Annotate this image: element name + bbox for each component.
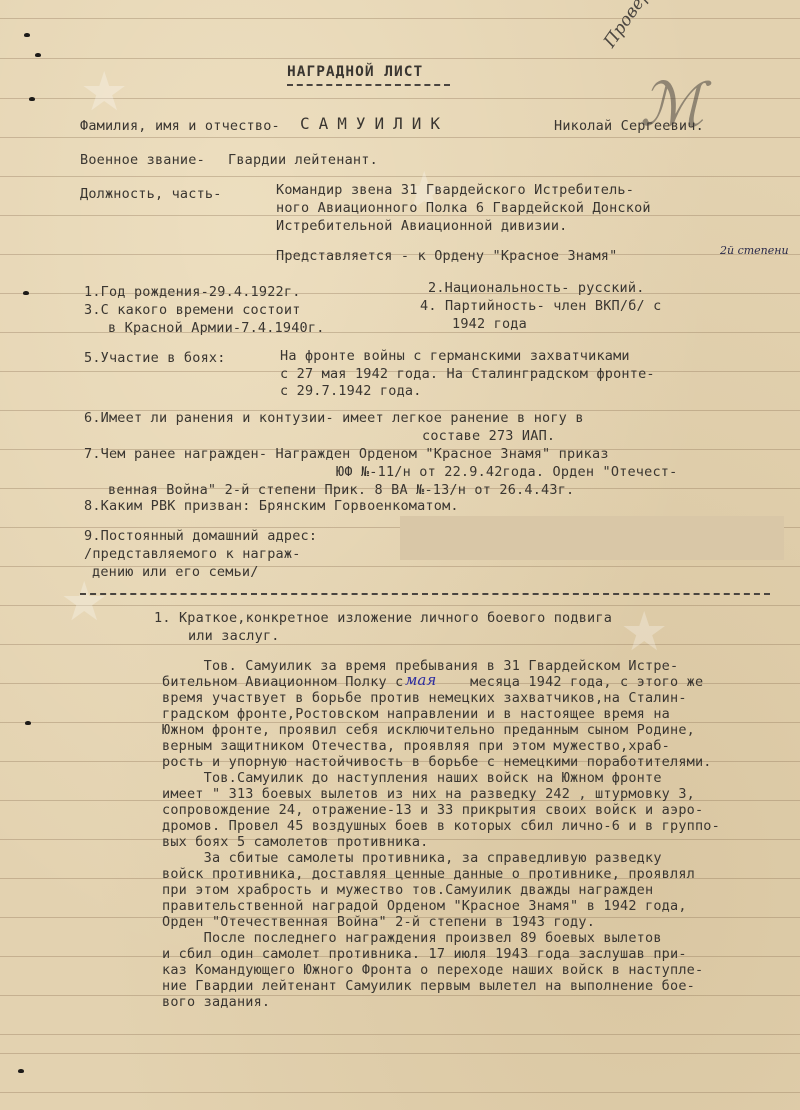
narrative-line: при этом храбрость и мужество тов.Самуил… [162,882,792,898]
watermark-star-icon: ★ [80,60,128,123]
watermark-star-icon: ★ [620,600,668,663]
awards-line-1: 7.Чем ранее награжден- Награжден Орденом… [84,446,609,462]
punch-hole [25,721,31,725]
rank-label: Военное звание- [80,152,205,168]
service-since-line-2: в Красной Армии-7.4.1940г. [108,320,325,336]
punch-hole [18,1069,24,1073]
ruled-line [0,1092,800,1093]
surname: САМУИЛИК [300,116,449,132]
ruled-line [0,644,800,645]
awards-line-3: венная Война" 2-й степени Прик. 8 ВА №-1… [108,482,574,498]
verified-annotation: Проверено [600,0,673,51]
narrative-line: За сбитые самолеты противника, за справе… [162,850,792,866]
section-separator [80,593,770,595]
nominated-line: Представляется - к Ордену "Красное Знамя… [276,248,617,264]
address-label-2: /представляемого к награж- [84,546,301,562]
narrative-line: Тов. Самуилик за время пребывания в 31 Г… [162,658,792,674]
section-heading: 1. Краткое,конкретное изложение личного … [154,610,612,626]
nationality: 2.Национальность- русский. [428,280,645,296]
narrative-line: дромов. Провел 45 воздушных боев в котор… [162,818,792,834]
narrative-line: имеет " 313 боевых вылетов из них на раз… [162,786,792,802]
title-underline [287,84,450,89]
punch-hole [29,97,35,101]
narrative-line: бительном Авиационном Полку с месяца 194… [162,674,792,690]
narrative-line: рость и упорную настойчивость в борьбе с… [162,754,792,770]
punch-hole [35,53,41,57]
battles-line: На фронте войны с германскими захватчика… [280,348,630,364]
narrative-line: вого задания. [162,994,792,1010]
battles-line: с 29.7.1942 года. [280,383,422,399]
narrative-line: верным защитником Отечества, проявляя пр… [162,738,792,754]
name-label: Фамилия, имя и отчество- [80,118,280,134]
narrative-line: и сбил один самолет противника. 17 июля … [162,946,792,962]
section-heading-cont: или заслуг. [188,628,280,644]
address-label-3: дению или его семьи/ [92,564,259,580]
narrative-line: сопровождение 24, отражение-13 и 33 прик… [162,802,792,818]
ruled-line [0,1034,800,1035]
party-line-1: 4. Партийность- член ВКП/б/ с [420,298,662,314]
handwritten-month: мая [405,671,436,689]
address-label-1: 9.Постоянный домашний адрес: [84,528,317,544]
narrative-line: каз Командующего Южного Фронта о переход… [162,962,792,978]
ruled-line [0,1053,800,1054]
document-title: НАГРАДНОЙ ЛИСТ [287,64,423,80]
narrative-line: Орден "Отечественная Война" 2-й степени … [162,914,792,930]
punch-hole [24,33,30,37]
narrative-line: Южном фронте, проявил себя исключительно… [162,722,792,738]
narrative-line: войск противника, доставляя ценные данны… [162,866,792,882]
punch-hole [23,291,29,295]
position-line: Командир звена 31 Гвардейского Истребите… [276,182,634,198]
redacted-address [400,516,784,560]
narrative-line: Тов.Самуилик до наступления наших войск … [162,770,792,786]
wounds-line-1: 6.Имеет ли ранения и контузии- имеет лег… [84,410,584,426]
narrative-body: Тов. Самуилик за время пребывания в 31 Г… [162,658,792,1010]
wounds-line-2: составе 273 ИАП. [422,428,555,444]
position-line: ного Авиационного Полка 6 Гвардейской До… [276,200,651,216]
battles-label: 5.Участие в боях: [84,350,226,366]
service-since-line-1: 3.С какого времени состоит [84,302,301,318]
nominated-degree-handwritten: 2й степени [720,244,789,257]
ruled-line [0,605,800,606]
rank-value: Гвардии лейтенант. [228,152,378,168]
position-label: Должность, часть- [80,186,222,202]
name-patronymic: Николай Сергеевич. [554,118,704,134]
narrative-line: правительственной наградой Орденом "Крас… [162,898,792,914]
narrative-line: градском фронте,Ростовском направлении и… [162,706,792,722]
party-line-2: 1942 года [452,316,527,332]
rvk: 8.Каким РВК призван: Брянским Горвоенком… [84,498,459,514]
birth-year: 1.Год рождения-29.4.1922г. [84,284,301,300]
narrative-line: время участвует в борьбе против немецких… [162,690,792,706]
ruled-line [0,18,800,19]
narrative-line: После последнего награждения произвел 89… [162,930,792,946]
narrative-line: вых боях 5 самолетов противника. [162,834,792,850]
battles-line: с 27 мая 1942 года. На Сталинградском фр… [280,366,655,382]
narrative-line: ние Гвардии лейтенант Самуилик первым вы… [162,978,792,994]
ruled-line [0,58,800,59]
position-line: Истребительной Авиационной дивизии. [276,218,567,234]
awards-line-2: ЮФ №-11/н от 22.9.42года. Орден "Отечест… [336,464,677,480]
